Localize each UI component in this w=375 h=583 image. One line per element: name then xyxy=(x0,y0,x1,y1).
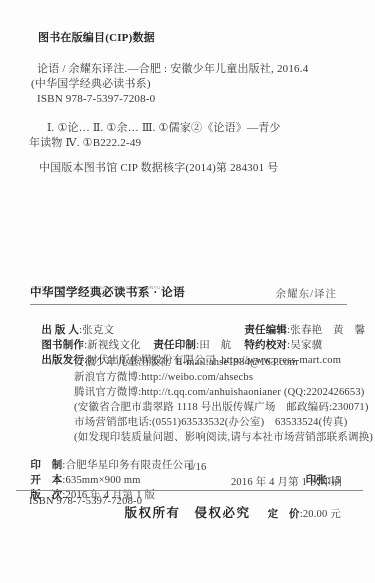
series-title: 中华国学经典必读书系 · 论语 xyxy=(30,286,185,300)
copyright-notice: 版权所有 侵权必究 xyxy=(0,506,375,522)
copyright-page: 图书在版编目(CIP)数据 论语 / 余耀东译注.—合肥 : 安徽少年儿童出版社… xyxy=(0,0,375,583)
cip-series-line: (中华国学经典必读书系) xyxy=(31,78,151,92)
cip-registration-line: 中国版本图书馆 CIP 数据核字(2014)第 284301 号 xyxy=(39,162,278,176)
cip-classification-line-1: Ⅰ. ①论… Ⅱ. ①余… Ⅲ. ①儒家②《论语》—青少 xyxy=(47,122,281,136)
cip-heading: 图书在版编目(CIP)数据 xyxy=(38,32,155,46)
press-line: 安徽少年儿童出版社 E-mail:ahse1984@163.com xyxy=(74,356,298,369)
sina-weibo-line: 新浪官方微博:http://weibo.com/ahsecbs xyxy=(74,371,253,384)
cip-record-line: 论语 / 余耀东译注.—合肥 : 安徽少年儿童出版社, 2016.4 xyxy=(37,63,308,77)
format-fraction: 1/16 xyxy=(187,461,206,474)
impression-line: 2016 年 4 月第 1 次印刷 xyxy=(231,476,342,489)
cip-isbn-line: ISBN 978-7-5397-7208-0 xyxy=(37,93,155,107)
tencent-weibo-line: 腾讯官方微博:http://t.qq.com/anhuishaonianer (… xyxy=(74,386,364,399)
translator-credit: 余耀东/译注 xyxy=(276,288,337,301)
marketing-phone-line: 市场营销部电话:(0551)63533532(办公室) 63533524(传真) xyxy=(74,416,347,429)
address-line: (安徽省合肥市翡翠路 1118 号出版传媒广场 邮政编码:230071) xyxy=(74,401,369,414)
quality-notice-line: (如发现印装质量问题、影响阅读,请与本社市场营销部联系调换) xyxy=(74,431,373,444)
header-divider-rule xyxy=(30,304,347,305)
footer-divider-rule xyxy=(16,490,363,491)
cip-classification-line-2: 年读物 Ⅳ. ①B222.2-49 xyxy=(29,137,141,151)
